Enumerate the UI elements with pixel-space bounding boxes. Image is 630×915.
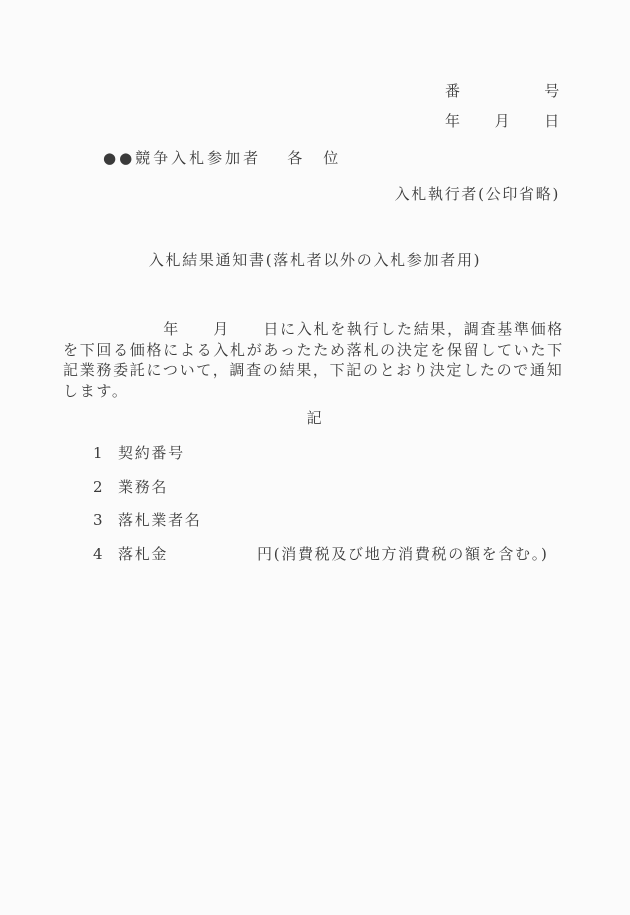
body-line: します。 <box>63 381 568 402</box>
document-number-unit: 号 <box>544 84 561 99</box>
body-line: を下回る価格による入札があったため落札の決定を保留していた下 <box>63 340 568 361</box>
list-item-number: 3 <box>93 513 104 528</box>
list-item-label: 落札金 <box>118 547 168 562</box>
document-page: 番 号 年 月 日 ●●競争入札参加者 各 位 入札執行者(公印省略) 入札結果… <box>0 0 630 915</box>
body-paragraph: 年 月 日に入札を執行した結果，調査基準価格 を下回る価格による入札があったため… <box>63 319 568 401</box>
list-item-winning-amount: 4 落札金 円(消費税及び地方消費税の額を含む。) <box>0 547 630 563</box>
document-number-line: 番 号 <box>445 84 561 99</box>
date-month-label: 月 <box>495 114 512 129</box>
list-item-winning-bidder: 3 落札業者名 <box>0 513 630 529</box>
list-item-number: 2 <box>93 480 104 495</box>
list-item-label: 落札業者名 <box>118 513 202 528</box>
recipient-name: ●●競争入札参加者 <box>103 151 261 166</box>
body-line: 記業務委託について，調査の結果，下記のとおり決定したので通知 <box>63 360 568 381</box>
list-item-label: 業務名 <box>118 480 168 495</box>
date-year-label: 年 <box>445 114 462 129</box>
date-day-label: 日 <box>544 114 561 129</box>
recipient-line: ●●競争入札参加者 各 位 <box>103 151 341 166</box>
recipient-honorific: 各 位 <box>287 151 341 166</box>
list-item-business-name: 2 業務名 <box>0 480 630 496</box>
list-item-label: 契約番号 <box>118 446 185 461</box>
list-item-contract-number: 1 契約番号 <box>0 446 630 462</box>
list-item-number: 1 <box>93 446 104 461</box>
document-number-label: 番 <box>445 84 462 99</box>
list-item-suffix: 円(消費税及び地方消費税の額を含む。) <box>257 547 549 562</box>
note-heading: 記 <box>0 411 630 426</box>
document-date-line: 年 月 日 <box>445 114 561 129</box>
list-item-number: 4 <box>93 547 104 562</box>
document-title: 入札結果通知書(落札者以外の入札参加者用) <box>0 253 630 268</box>
body-line: 年 月 日に入札を執行した結果，調査基準価格 <box>63 319 568 340</box>
issuer-line: 入札執行者(公印省略) <box>395 187 560 202</box>
